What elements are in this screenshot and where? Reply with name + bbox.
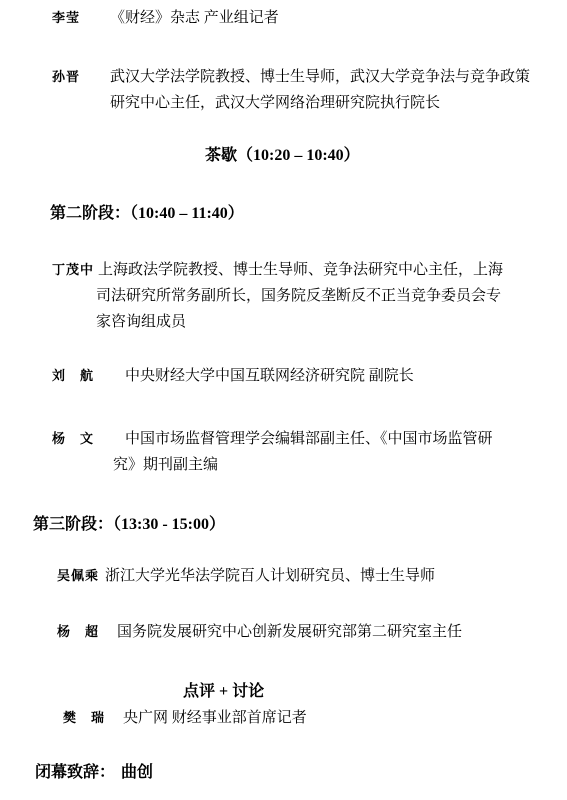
speaker-description: 《财经》杂志 产业组记者 <box>110 5 540 31</box>
speaker-description: 国务院发展研究中心创新发展研究部第二研究室主任 <box>117 619 547 645</box>
closing-speaker-name: 曲创 <box>121 764 153 781</box>
agenda-document-page: 李莹 《财经》杂志 产业组记者 孙晋 武汉大学法学院教授、博士生导师，武汉大学竞… <box>0 0 567 800</box>
speaker-description: 武汉大学法学院教授、博士生导师，武汉大学竞争法与竞争政策 研究中心主任，武汉大学… <box>110 64 540 116</box>
speaker-name: 孙晋 <box>52 64 80 90</box>
closing-remarks-label: 闭幕致辞： <box>35 764 115 781</box>
speaker-description: 中国市场监督管理学会编辑部副主任、《中国市场监管研 究》期刊副主编 <box>113 426 533 478</box>
speaker-name: 丁茂中 <box>52 257 94 283</box>
stage3-heading: 第三阶段：（13:30 - 15:00） <box>33 512 225 538</box>
speaker-description: 中央财经大学中国互联网经济研究院 副院长 <box>125 363 545 389</box>
speaker-description: 上海政法学院教授、博士生导师、竞争法研究中心主任，上海 司法研究所常务副所长，国… <box>96 257 531 335</box>
speaker-description: 浙江大学光华法学院百人计划研究员、博士生导师 <box>105 563 545 589</box>
comment-discussion-heading: 点评 + 讨论 <box>183 679 264 705</box>
stage2-heading: 第二阶段：（10:40 – 11:40） <box>50 201 244 227</box>
speaker-name: 刘 航 <box>52 363 94 389</box>
tea-break-heading: 茶歇（10:20 – 10:40） <box>205 143 360 169</box>
speaker-name: 杨 超 <box>57 619 99 645</box>
speaker-name: 樊 瑞 <box>63 705 105 731</box>
speaker-description: 央广网 财经事业部首席记者 <box>123 705 543 731</box>
speaker-name: 杨 文 <box>52 426 94 452</box>
closing-remarks-line: 闭幕致辞：曲创 <box>35 760 153 786</box>
speaker-name: 李莹 <box>52 5 80 31</box>
speaker-name: 吴佩乘 <box>57 563 99 589</box>
